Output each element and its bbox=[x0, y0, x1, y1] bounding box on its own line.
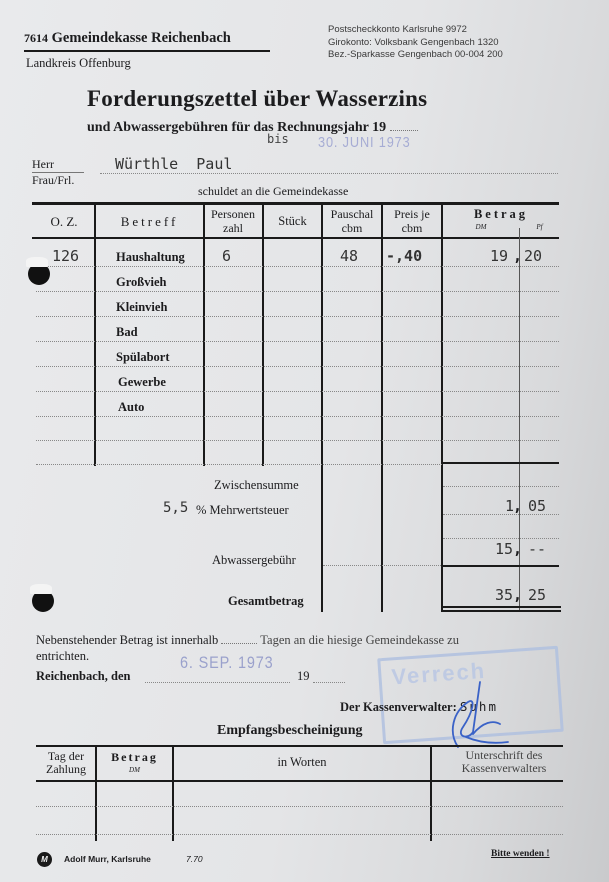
salutation-frau: Frau/Frl. bbox=[32, 173, 74, 188]
abwasser-line bbox=[323, 565, 441, 566]
row-6-betreff: Gewerbe bbox=[118, 375, 166, 390]
receipt-header-tag: Tag der Zahlung bbox=[37, 750, 95, 776]
salutation-herr: Herr bbox=[32, 157, 54, 172]
addressee-name: Würthle Paul bbox=[115, 155, 232, 173]
row-3-betreff: Kleinvieh bbox=[116, 300, 167, 315]
col-line-betreff bbox=[203, 204, 205, 466]
row-5-betreff: Spülabort bbox=[116, 350, 170, 365]
row-line bbox=[36, 341, 559, 342]
form-edition: 7.70 bbox=[186, 854, 203, 864]
header-betrag-dm: DM bbox=[443, 223, 519, 231]
printer-logo: M bbox=[37, 852, 52, 867]
gesamt-dm: 35 bbox=[495, 586, 513, 604]
receipt-header-unterschrift: Unterschrift des Kassenverwalters bbox=[445, 749, 563, 775]
place-label: Reichenbach, den bbox=[36, 669, 130, 684]
year-field bbox=[390, 130, 418, 131]
mwst-line bbox=[443, 514, 559, 515]
receipt-col-worte bbox=[430, 746, 432, 841]
payment-instruction: Nebenstehender Betrag ist innerhalb Tage… bbox=[36, 633, 566, 648]
zwischensumme-line bbox=[443, 486, 559, 487]
abwasser-rule bbox=[443, 565, 559, 567]
bank-account-sparkasse: Bez.-Sparkasse Gengenbach 00-004 200 bbox=[328, 49, 503, 62]
row-1-personen: 6 bbox=[222, 247, 231, 265]
punch-hole-bottom bbox=[32, 590, 54, 612]
header-stueck: Stück bbox=[264, 214, 321, 229]
date-line bbox=[145, 682, 290, 683]
abwasser-top-line bbox=[443, 538, 559, 539]
form-title: Forderungszettel über Wasserzins bbox=[87, 86, 427, 112]
receipt-header-border bbox=[36, 780, 563, 782]
payment-text-2: Tagen an die hiesige Gemeindekasse zu bbox=[260, 633, 459, 647]
row-line bbox=[36, 440, 559, 441]
receipt-header-betrag: Betrag bbox=[97, 750, 172, 765]
mwst-label: % Mehrwertsteuer bbox=[196, 503, 289, 518]
mwst-pf: 05 bbox=[528, 497, 546, 515]
owes-text: schuldet an die Gemeindekasse bbox=[198, 184, 348, 199]
year-line bbox=[313, 682, 345, 683]
row-1-oz: 126 bbox=[52, 247, 79, 265]
table-header-border bbox=[32, 237, 559, 239]
row-line bbox=[36, 464, 442, 465]
header-betrag-pf: Pf bbox=[520, 223, 559, 231]
row-1-betreff: Haushaltung bbox=[116, 250, 185, 265]
row-2-betreff: Großvieh bbox=[116, 275, 166, 290]
receipt-header-betrag-unit: DM bbox=[97, 766, 172, 774]
district: Landkreis Offenburg bbox=[26, 56, 131, 71]
gesamt-pf: 25 bbox=[528, 586, 546, 604]
abwasser-dm: 15 bbox=[495, 540, 513, 558]
row-1-comma: , bbox=[513, 247, 522, 265]
days-field bbox=[221, 643, 257, 644]
mwst-comma: , bbox=[513, 497, 522, 515]
row-1-betrag-pf: 20 bbox=[524, 247, 542, 265]
period-stamp: 30. JUNI 1973 bbox=[318, 134, 411, 151]
header-betreff: Betreff bbox=[96, 214, 203, 230]
office-code: 7614 bbox=[24, 31, 48, 45]
receipt-top-border bbox=[36, 745, 563, 747]
row-line bbox=[36, 391, 559, 392]
gesamt-label: Gesamtbetrag bbox=[228, 594, 304, 609]
col-line-personen bbox=[262, 204, 264, 466]
receipt-row-line bbox=[36, 806, 563, 807]
row-4-betreff: Bad bbox=[116, 325, 138, 340]
office-name: Gemeindekasse Reichenbach bbox=[52, 30, 231, 46]
row-7-betreff: Auto bbox=[118, 400, 144, 415]
turn-over-note: Bitte wenden ! bbox=[491, 849, 550, 859]
table-top-border bbox=[32, 202, 559, 205]
row-line bbox=[36, 366, 559, 367]
gesamt-rule-1 bbox=[443, 606, 561, 608]
date-stamp: 6. SEP. 1973 bbox=[180, 653, 274, 673]
row-1-preis: -,40 bbox=[386, 247, 422, 265]
gesamt-comma: , bbox=[513, 586, 522, 604]
bank-account-volksbank: Girokonto: Volksbank Gengenbach 1320 bbox=[328, 37, 503, 50]
bank-account-postscheck: Postscheckkonto Karlsruhe 9972 bbox=[328, 24, 503, 37]
name-line bbox=[100, 173, 558, 174]
gesamt-rule-2 bbox=[443, 610, 561, 612]
abwasser-label: Abwassergebühr bbox=[212, 553, 296, 568]
row-line bbox=[36, 291, 559, 292]
subtitle-text: und Abwassergebühren für das Rechnungsja… bbox=[87, 120, 386, 135]
bank-accounts: Postscheckkonto Karlsruhe 9972 Girokonto… bbox=[328, 24, 503, 62]
mwst-rate: 5,5 bbox=[163, 500, 188, 516]
year-prefix: 19 bbox=[297, 669, 310, 684]
period-prefix: bis bbox=[267, 132, 289, 146]
punch-hole-top bbox=[28, 263, 50, 285]
office-underline bbox=[24, 50, 270, 52]
abwasser-comma: , bbox=[513, 540, 522, 558]
payment-text-1: Nebenstehender Betrag ist innerhalb bbox=[36, 633, 218, 647]
header-personen: Personen zahl bbox=[204, 207, 262, 235]
subtotal-rule bbox=[443, 462, 559, 464]
row-1-pauschal: 48 bbox=[340, 247, 358, 265]
header-pauschal: Pauschal cbm bbox=[323, 207, 381, 235]
header-betrag: Betrag bbox=[443, 207, 559, 222]
header-oz: O. Z. bbox=[34, 214, 94, 230]
header-preis: Preis je cbm bbox=[383, 207, 441, 235]
office-heading: 7614 Gemeindekasse Reichenbach bbox=[24, 30, 231, 47]
zwischensumme-label: Zwischensumme bbox=[214, 478, 299, 493]
abwasser-pf: -- bbox=[528, 540, 546, 558]
printer-name: Adolf Murr, Karlsruhe bbox=[64, 854, 151, 864]
row-line bbox=[36, 316, 559, 317]
row-line bbox=[36, 416, 559, 417]
col-line-oz bbox=[94, 204, 96, 466]
row-line bbox=[36, 266, 559, 267]
row-1-betrag-dm: 19 bbox=[490, 247, 508, 265]
receipt-header-worte: in Worten bbox=[174, 755, 430, 770]
payment-text-3: entrichten. bbox=[36, 649, 89, 664]
receipt-row-line bbox=[36, 834, 563, 835]
receipt-title: Empfangsbescheinigung bbox=[217, 723, 362, 739]
